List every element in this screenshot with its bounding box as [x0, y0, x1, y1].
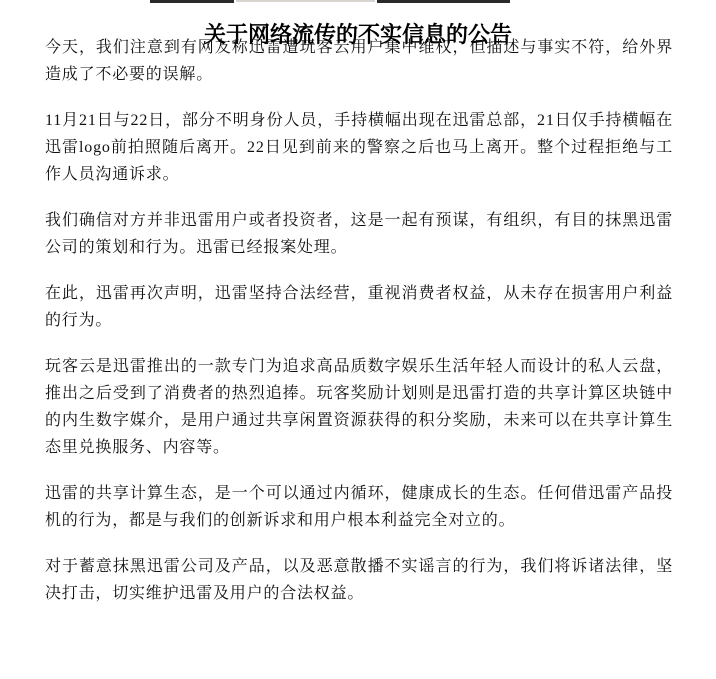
paragraph-incident: 11月21日与22日，部分不明身份人员，手持横幅出现在迅雷总部，21日仅手持横幅…	[45, 107, 673, 188]
cropped-text-artifact-right	[377, 0, 510, 3]
paragraph-ecosystem: 迅雷的共享计算生态，是一个可以通过内循环，健康成长的生态。任何借迅雷产品投机的行…	[45, 480, 673, 534]
document-body: 今天，我们注意到有网友称迅雷遭玩客云用户集中维权，但描述与事实不符，给外界造成了…	[45, 34, 673, 626]
paragraph-statement: 在此，迅雷再次声明，迅雷坚持合法经营，重视消费者权益，从未存在损害用户利益的行为…	[45, 280, 673, 334]
paragraph-intro: 今天，我们注意到有网友称迅雷遭玩客云用户集中维权，但描述与事实不符，给外界造成了…	[45, 34, 673, 88]
announcement-document: 关于网络流传的不实信息的公告 今天，我们注意到有网友称迅雷遭玩客云用户集中维权，…	[0, 0, 716, 679]
paragraph-accusation: 我们确信对方并非迅雷用户或者投资者，这是一起有预谋，有组织，有目的抹黑迅雷公司的…	[45, 207, 673, 261]
cropped-text-artifact-middle	[236, 0, 375, 2]
paragraph-legal-warning: 对于蓄意抹黑迅雷公司及产品，以及恶意散播不实谣言的行为，我们将诉诸法律，坚决打击…	[45, 553, 673, 607]
paragraph-product-description: 玩客云是迅雷推出的一款专门为追求高品质数字娱乐生活年轻人而设计的私人云盘，推出之…	[45, 353, 673, 461]
cropped-text-artifact-left	[150, 0, 234, 3]
